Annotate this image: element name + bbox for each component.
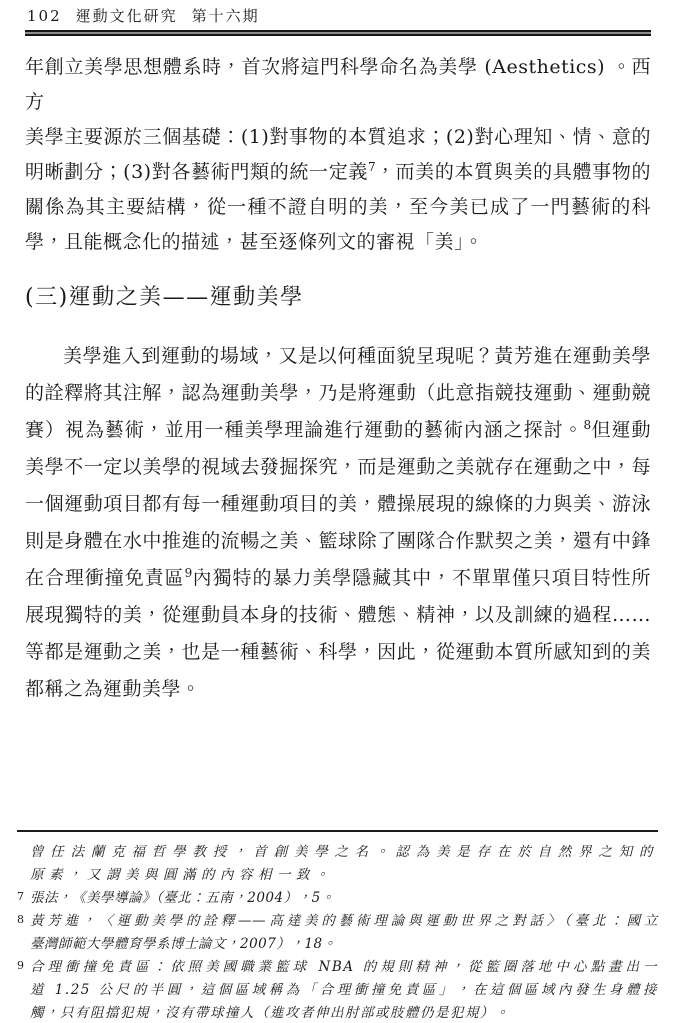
paragraph-sport-aesthetics: 美學進入到運動的場域，又是以何種面貌呈現呢？黃芳進在運動美學 的詮釋將其注解，認… [25, 338, 651, 708]
text-line: 美學不一定以美學的視域去發掘探究，而是運動之美就存在運動之中，每 [25, 449, 651, 486]
footnotes-section: 曾任法蘭克福哲學教授，首創美學之名。認為美是存在於自然界之知的 原素，又謂美與圓… [17, 830, 658, 1023]
footnote-line: 張法，《美學導論》（臺北：五南，2004），5。 [30, 887, 658, 910]
footnote-text: 黃芳進，〈運動美學的詮釋——高達美的藝術理論與運動世界之對話〉（臺北：國立 臺灣… [30, 910, 658, 956]
running-header: 102運動文化研究第十六期 [27, 6, 651, 26]
footnote-text: 張法，《美學導論》（臺北：五南，2004），5。 [30, 887, 658, 910]
article-body: 年創立美學思想體系時，首次將這門科學命名為美學 (Aesthetics) 。西方… [25, 50, 651, 708]
text-segment: 在合理衝撞免責區 [25, 567, 185, 589]
text-line: 展現獨特的美，從運動員本身的技術、體態、精神，以及訓練的過程…… [25, 597, 651, 634]
footnote-number: 9 [17, 956, 30, 976]
footnote-9: 9 合理衝撞免責區：依照美國職業籃球 NBA 的規則精神，從籃圈落地中心點畫出一… [17, 956, 658, 1023]
text-line: 一個運動項目都有每一種運動項目的美，體操展現的線條的力與美、游泳 [25, 486, 651, 523]
text-line: 美學主要源於三個基礎：(1)對事物的本質追求；(2)對心理知、情、意的 [25, 120, 651, 155]
footnote-line: 原素，又謂美與圓滿的內容相一致。 [30, 864, 658, 887]
text-line: 則是身體在水中推進的流暢之美、籃球除了團隊合作默契之美，還有中鋒 [25, 523, 651, 560]
text-line: 年創立美學思想體系時，首次將這門科學命名為美學 (Aesthetics) 。西方 [25, 50, 651, 120]
footnote-line: 黃芳進，〈運動美學的詮釋——高達美的藝術理論與運動世界之對話〉（臺北：國立 [30, 910, 658, 933]
footnote-number: 7 [17, 887, 30, 907]
text-segment: 明晰劃分；(3)對各藝術門類的統一定義 [25, 161, 368, 183]
text-line: 美學進入到運動的場域，又是以何種面貌呈現呢？黃芳進在運動美學 [25, 338, 651, 375]
footnote-line: 道 1.25 公尺的半圓，這個區域稱為「合理衝撞免責區」，在這個區域內發生身體接 [30, 979, 658, 1002]
text-line: 都稱之為運動美學。 [25, 671, 651, 708]
text-line: 的詮釋將其注解，認為運動美學，乃是將運動（此意指競技運動、運動競 [25, 375, 651, 412]
header-double-rule [25, 30, 651, 36]
footnote-line: 觸，只有阻擋犯規，沒有帶球撞人（進攻者伸出肘部或肢體仍是犯規）。 [30, 1002, 658, 1023]
footnote-line: 臺灣師範大學體育學系博士論文，2007），18。 [30, 933, 658, 956]
text-line: 賽）視為藝術，並用一種美學理論進行運動的藝術內涵之探討。8但運動 [25, 412, 651, 449]
footnote-line: 合理衝撞免責區：依照美國職業籃球 NBA 的規則精神，從籃圈落地中心點畫出一 [30, 956, 658, 979]
text-segment: 但運動 [591, 419, 651, 441]
text-line: 在合理衝撞免責區9內獨特的暴力美學隱藏其中，不單單僅只項目特性所 [25, 560, 651, 597]
text-segment: ，而美的本質與美的具體事物的 [376, 161, 651, 183]
issue-number: 第十六期 [192, 7, 260, 25]
section-heading: (三)運動之美——運動美學 [25, 278, 651, 318]
text-line: 等都是運動之美，也是一種藝術、科學，因此，從運動本質所感知到的美 [25, 634, 651, 671]
footnote-text: 合理衝撞免責區：依照美國職業籃球 NBA 的規則精神，從籃圈落地中心點畫出一 道… [30, 956, 658, 1023]
footnote-7: 7 張法，《美學導論》（臺北：五南，2004），5。 [17, 887, 658, 910]
text-segment: 賽）視為藝術，並用一種美學理論進行運動的藝術內涵之探討。 [25, 419, 584, 441]
page-number: 102 [27, 7, 62, 25]
page: 102運動文化研究第十六期 年創立美學思想體系時，首次將這門科學命名為美學 (A… [0, 0, 676, 1023]
journal-title: 運動文化研究 [76, 7, 178, 25]
paragraph-west-aesthetics: 年創立美學思想體系時，首次將這門科學命名為美學 (Aesthetics) 。西方… [25, 50, 651, 260]
footnote-number: 8 [17, 910, 30, 930]
text-line: 關係為其主要結構，從一種不證自明的美，至今美已成了一門藝術的科 [25, 190, 651, 225]
footnote-text: 曾任法蘭克福哲學教授，首創美學之名。認為美是存在於自然界之知的 原素，又謂美與圓… [30, 841, 658, 887]
footnote-separator-rule [17, 830, 658, 832]
footnote-continuation: 曾任法蘭克福哲學教授，首創美學之名。認為美是存在於自然界之知的 原素，又謂美與圓… [17, 841, 658, 887]
text-segment: 內獨特的暴力美學隱藏其中，不單單僅只項目特性所 [192, 567, 651, 589]
text-line: 明晰劃分；(3)對各藝術門類的統一定義7，而美的本質與美的具體事物的 [25, 155, 651, 190]
footnote-line: 曾任法蘭克福哲學教授，首創美學之名。認為美是存在於自然界之知的 [30, 841, 658, 864]
footnote-ref-8: 8 [584, 418, 592, 432]
footnote-ref-7: 7 [368, 160, 376, 174]
footnote-8: 8 黃芳進，〈運動美學的詮釋——高達美的藝術理論與運動世界之對話〉（臺北：國立 … [17, 910, 658, 956]
text-line: 學，且能概念化的描述，甚至逐條列文的審視「美」。 [25, 225, 651, 260]
